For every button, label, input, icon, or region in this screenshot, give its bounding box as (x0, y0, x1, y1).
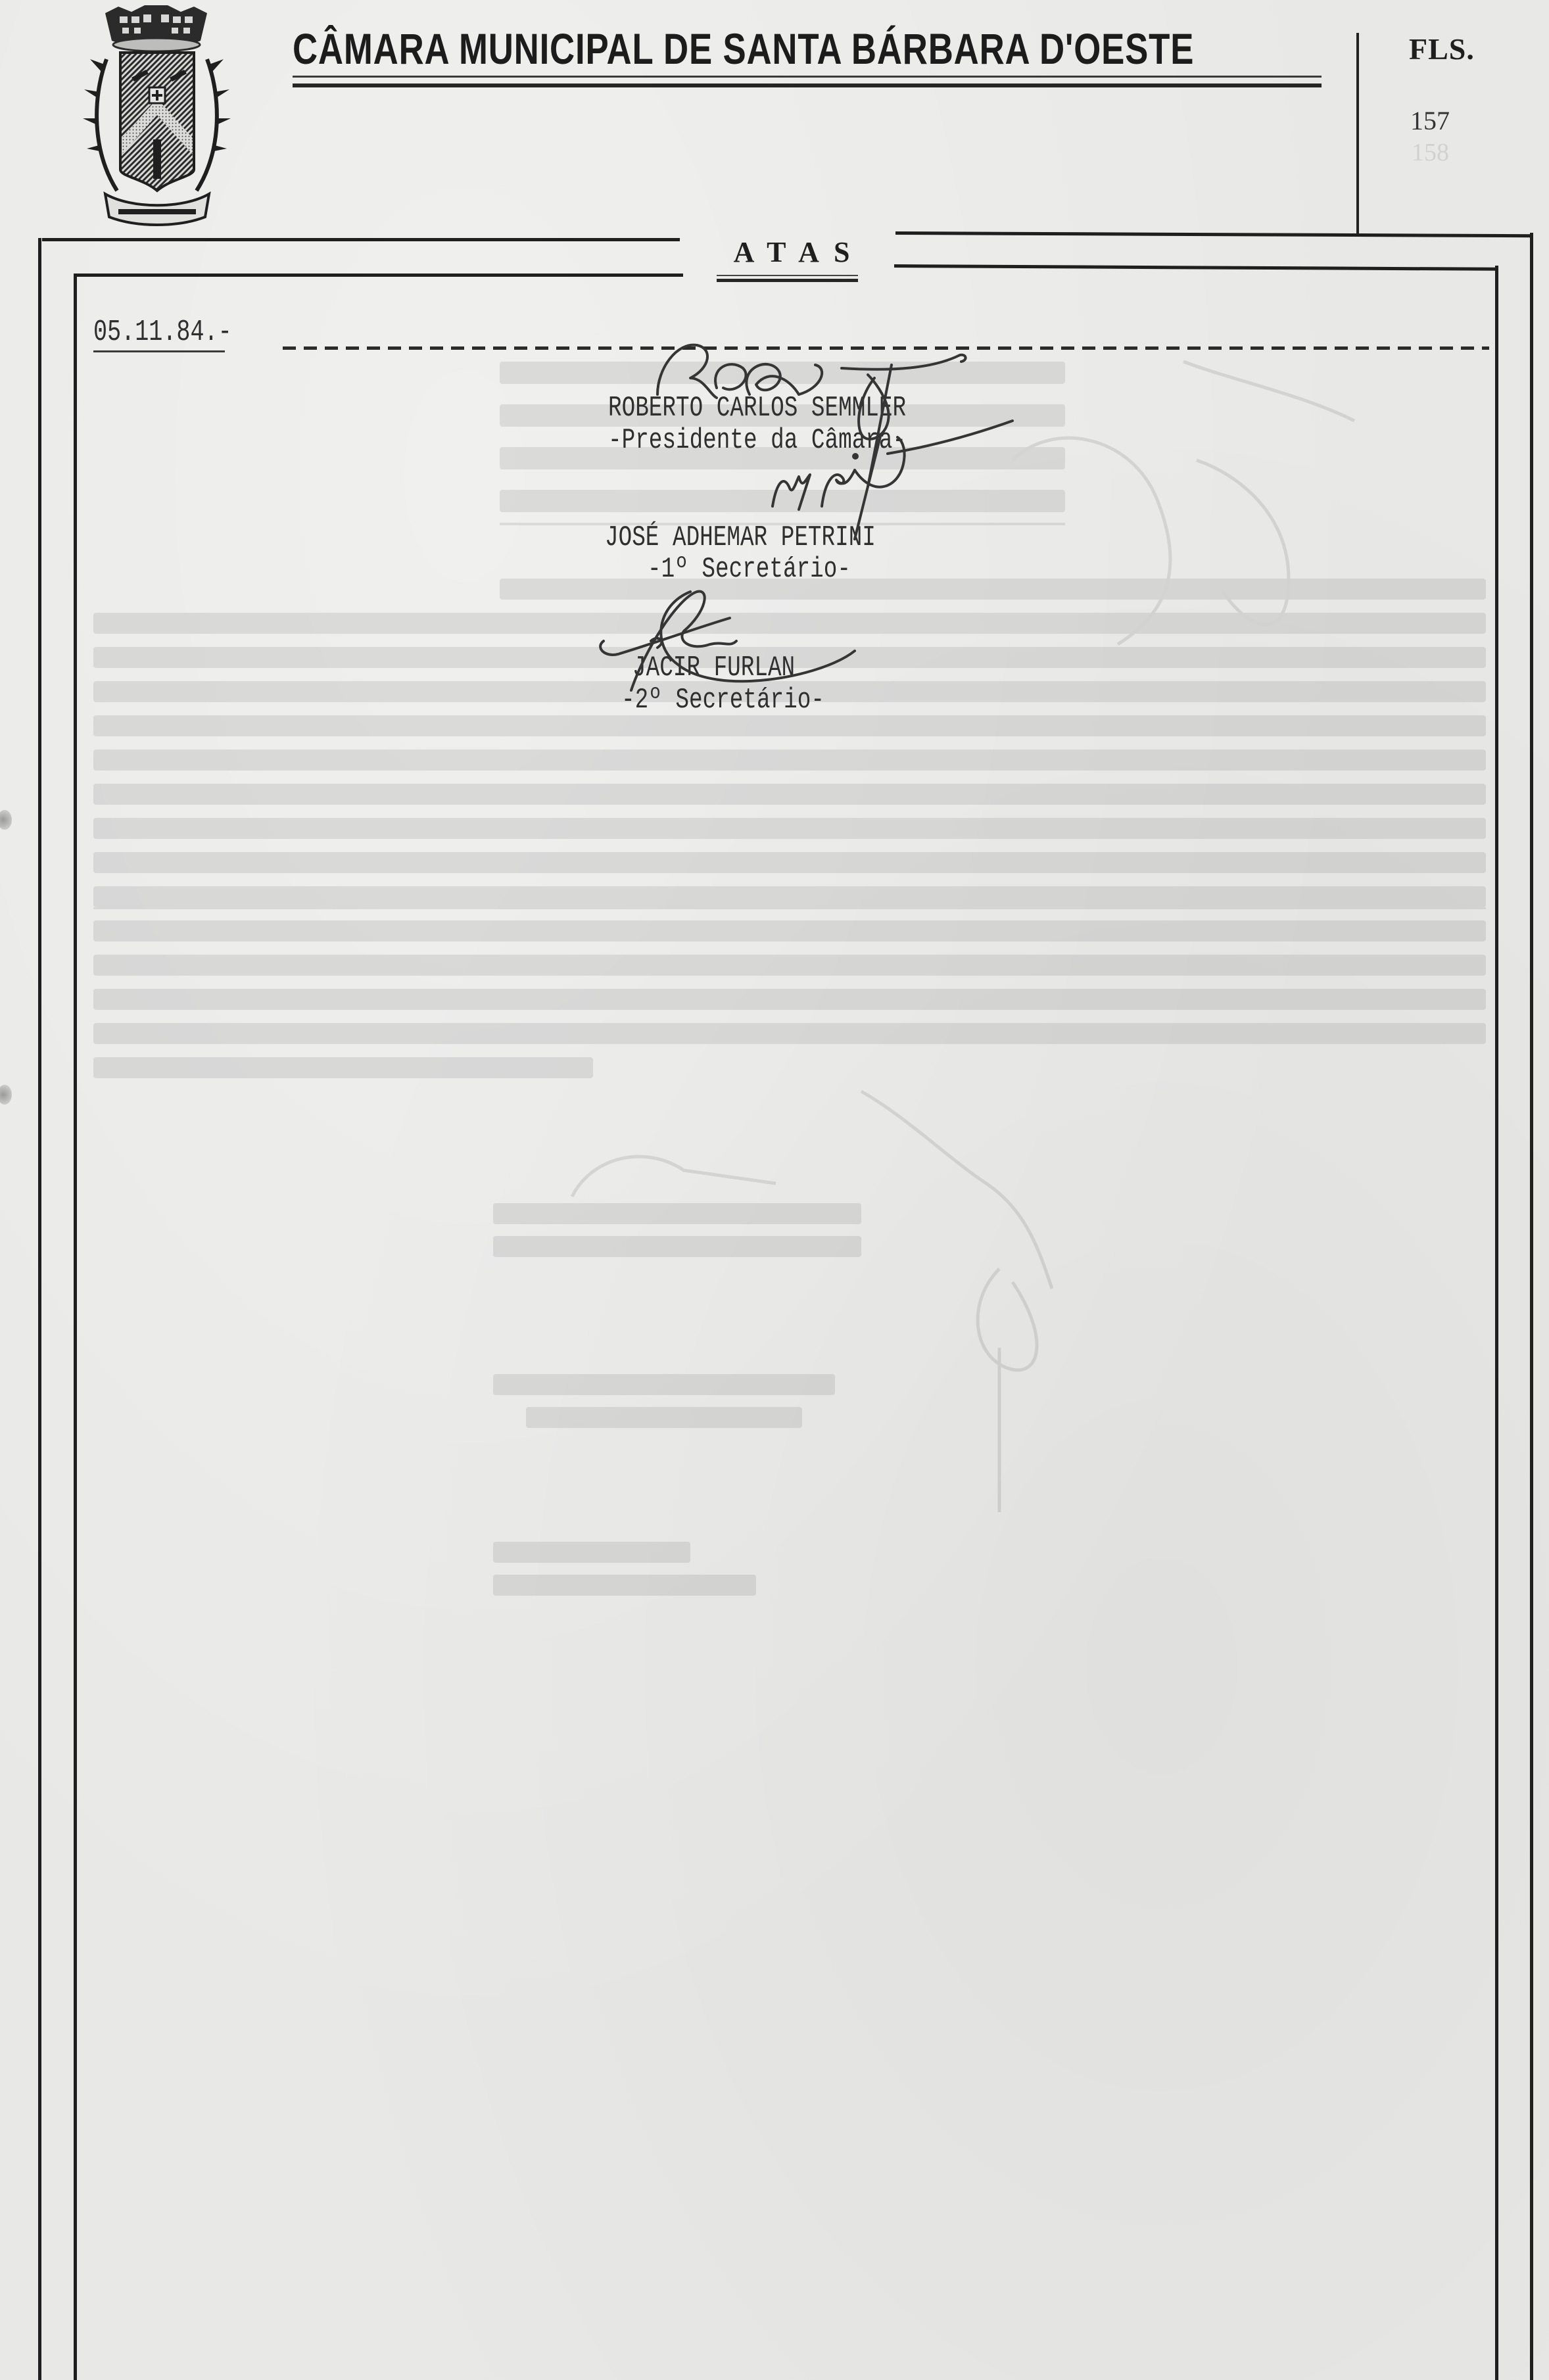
signatory-role: -1º Secretário- (648, 553, 851, 586)
section-heading: ATAS (713, 235, 884, 269)
folio-bleed-through: 158 (1412, 138, 1449, 167)
heading-underline (717, 275, 858, 276)
heading-underline (717, 279, 858, 282)
signatory-name: JOSÉ ADHEMAR PETRINI (605, 521, 876, 554)
folio-label: FLS. (1409, 32, 1475, 66)
title-underline (293, 83, 1322, 87)
frame-border (75, 274, 683, 277)
signatory-role: -Presidente da Câmara- (608, 424, 906, 457)
title-underline (293, 76, 1322, 78)
institution-title: CÂMARA MUNICIPAL DE SANTA BÁRBARA D'OEST… (293, 25, 1116, 72)
municipal-coat-of-arms-icon (66, 0, 247, 230)
signatory-role: -2º Secretário- (621, 684, 824, 717)
folio-number: 157 (1410, 105, 1450, 136)
signatory-name: ROBERTO CARLOS SEMMLER (608, 392, 906, 425)
frame-border (74, 274, 77, 2380)
signatory-name: JACIR FURLAN (632, 652, 795, 684)
document-page (0, 0, 1549, 2380)
date-underline (93, 350, 225, 352)
frame-border (42, 238, 680, 241)
dashed-rule (283, 346, 1489, 350)
frame-border (38, 238, 41, 2380)
folio-divider (1356, 33, 1359, 234)
entry-date: 05.11.84.- (93, 314, 232, 351)
frame-border (1495, 266, 1498, 2380)
frame-border (1530, 233, 1533, 2380)
